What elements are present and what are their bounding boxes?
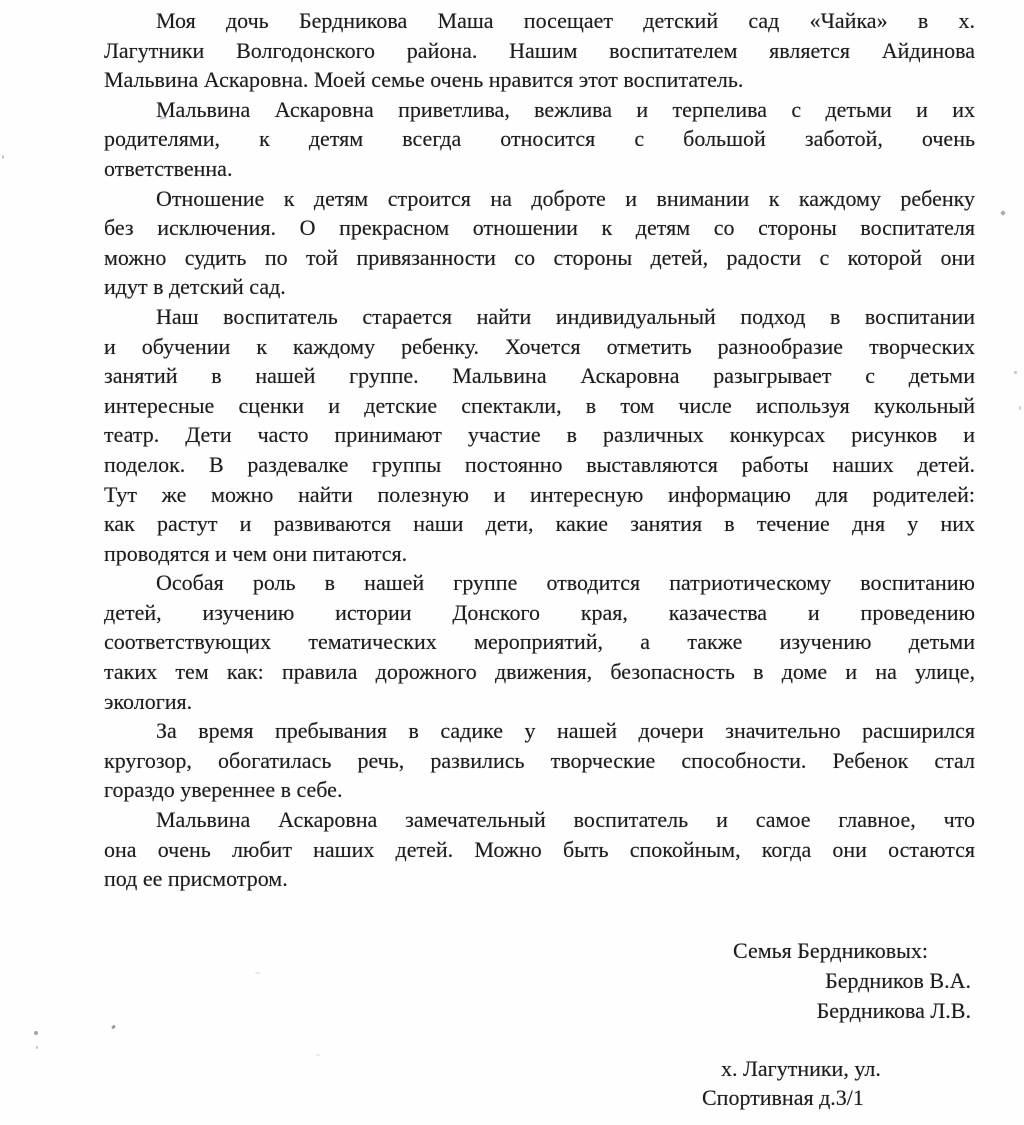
text-line: кругозор, обогатилась речь, развились тв…	[104, 746, 975, 776]
address-line: х. Лагутники, ул.	[702, 1054, 975, 1083]
signature-block: Семья Бердниковых: Бердников В.А. Бердни…	[104, 936, 975, 1026]
paragraph: Мальвина Аскаровна приветлива, вежлива и…	[104, 95, 975, 184]
text-line: соответствующих тематических мероприятий…	[104, 627, 975, 657]
text-line: и обучении к каждому ребенку. Хочется от…	[104, 332, 975, 362]
address-line: Спортивная д.3/1	[702, 1083, 975, 1112]
scan-speck	[34, 1031, 38, 1035]
text-line: Моя дочь Бердникова Маша посещает детски…	[104, 6, 975, 36]
letter-body: Моя дочь Бердникова Маша посещает детски…	[104, 6, 975, 1112]
text-line: Особая роль в нашей группе отводится пат…	[104, 568, 975, 598]
text-line: она очень любит наших детей. Можно быть …	[104, 835, 975, 865]
scan-speck	[1014, 371, 1017, 374]
text-line: Отношение к детям строится на доброте и …	[104, 184, 975, 214]
paragraph: Отношение к детям строится на доброте и …	[104, 184, 975, 302]
scan-speck	[316, 1054, 320, 1056]
scan-speck	[2, 155, 4, 159]
text-line: ответственна.	[104, 154, 975, 184]
text-line: интересные сценки и детские спектакли, в…	[104, 391, 975, 421]
text-line: Тут же можно найти полезную и интересную…	[104, 480, 975, 510]
text-line: поделок. В раздевалке группы постоянно в…	[104, 450, 975, 480]
text-line: гораздо увереннее в себе.	[104, 775, 975, 805]
text-line: экология.	[104, 687, 975, 717]
text-line: Лагутники Волгодонского района. Нашим во…	[104, 36, 975, 66]
scan-speck	[1000, 210, 1006, 216]
paragraph: За время пребывания в садике у нашей доч…	[104, 716, 975, 805]
text-line: под ее присмотром.	[104, 864, 975, 894]
text-line: занятий в нашей группе. Мальвина Аскаров…	[104, 361, 975, 391]
text-line: Мальвина Аскаровна приветлива, вежлива и…	[104, 95, 975, 125]
text-line: За время пребывания в садике у нашей доч…	[104, 716, 975, 746]
text-line: идут в детский сад.	[104, 272, 975, 302]
paragraph: Моя дочь Бердникова Маша посещает детски…	[104, 6, 975, 95]
paragraph: Наш воспитатель старается найти индивиду…	[104, 302, 975, 568]
signature-name: Бердникова Л.В.	[104, 996, 975, 1026]
address-block: х. Лагутники, ул. Спортивная д.3/1	[702, 1054, 975, 1112]
paragraph: Мальвина Аскаровна замечательный воспита…	[104, 805, 975, 894]
text-line: проводятся и чем они питаются.	[104, 539, 975, 569]
text-line: таких тем как: правила дорожного движени…	[104, 657, 975, 687]
scan-speck	[36, 1046, 38, 1049]
text-line: как растут и развиваются наши дети, каки…	[104, 509, 975, 539]
signature-name: Бердников В.А.	[104, 966, 975, 996]
text-line: Мальвина Аскаровна замечательный воспита…	[104, 805, 975, 835]
scanned-letter-page: Моя дочь Бердникова Маша посещает детски…	[0, 0, 1024, 1125]
text-line: можно судить по той привязанности со сто…	[104, 243, 975, 273]
scan-speck	[1019, 406, 1021, 410]
text-line: театр. Дети часто принимают участие в ра…	[104, 420, 975, 450]
text-line: Наш воспитатель старается найти индивиду…	[104, 302, 975, 332]
text-line: Мальвина Аскаровна. Моей семье очень нра…	[104, 65, 975, 95]
text-line: родителями, к детям всегда относится с б…	[104, 124, 975, 154]
signature-title: Семья Бердниковых:	[104, 936, 975, 966]
text-line: без исключения. О прекрасном отношении к…	[104, 213, 975, 243]
paragraph: Особая роль в нашей группе отводится пат…	[104, 568, 975, 716]
scan-speck	[255, 972, 260, 974]
text-line: детей, изучению истории Донского края, к…	[104, 598, 975, 628]
